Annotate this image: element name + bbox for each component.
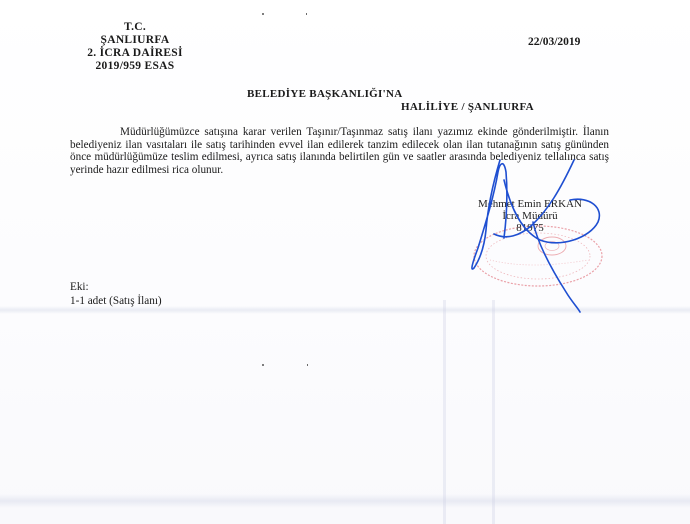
scan-speck — [262, 364, 264, 366]
signatory-number: 81975 — [455, 222, 605, 234]
scan-speck — [306, 13, 307, 15]
letter-body: Müdürlüğümüzce satışına karar verilen Ta… — [70, 126, 609, 176]
signature-block: Mehmet Emin ERKAN İcra Müdürü 81975 — [455, 198, 605, 234]
signatory-name: Mehmet Emin ERKAN — [455, 198, 605, 210]
attachments-label: Eki: — [70, 280, 162, 294]
paper-fold — [443, 300, 446, 524]
sender-city: ŞANLIURFA — [70, 34, 200, 47]
attachments-block: Eki: 1-1 adet (Satış İlanı) — [70, 280, 162, 308]
document-date: 22/03/2019 — [528, 36, 580, 48]
signatory-title: İcra Müdürü — [455, 210, 605, 222]
recipient-location: HALİLİYE / ŞANLIURFA — [401, 101, 534, 113]
paper-fold — [0, 494, 690, 508]
sender-office: 2. İCRA DAİRESİ — [70, 47, 200, 60]
sender-state: T.C. — [70, 21, 200, 34]
paper-fold — [492, 300, 495, 524]
sender-block: T.C. ŞANLIURFA 2. İCRA DAİRESİ 2019/959 … — [70, 21, 200, 73]
case-number: 2019/959 ESAS — [70, 60, 200, 73]
document-page: T.C. ŞANLIURFA 2. İCRA DAİRESİ 2019/959 … — [0, 0, 690, 524]
recipient-name: BELEDİYE BAŞKANLIĞI'NA — [247, 88, 402, 100]
attachment-item: 1-1 adet (Satış İlanı) — [70, 294, 162, 308]
scan-speck — [262, 13, 264, 15]
scan-speck — [307, 364, 308, 366]
